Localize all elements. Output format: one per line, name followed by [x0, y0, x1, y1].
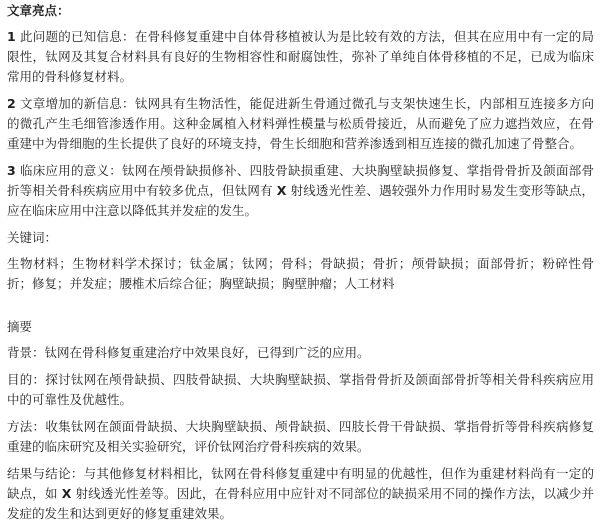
article-page: 文章亮点： 1 此问题的已知信息：在骨科修复重建中自体骨移植被认为是比较有效的方…: [0, 0, 600, 521]
results-text-after: 射线透光性差等。因此，在骨科应用中应针对不同部位的缺损采用不同的操作方法，以减少…: [7, 486, 594, 521]
highlights-title: 文章亮点：: [7, 1, 594, 21]
highlight-number: 3: [7, 163, 16, 178]
background-label: 背景：: [7, 345, 45, 360]
highlight-number: 1: [7, 29, 16, 44]
abstract-methods: 方法：收集钛网在颌面骨缺损、大块胸壁缺损、颅骨缺损、四肢长骨干骨缺损、掌指骨折等…: [7, 417, 594, 457]
highlight-text: 文章增加的新信息：钛网具有生物活性，能促进新生骨通过微孔与支架快速生长，内部相互…: [7, 96, 594, 151]
keywords-title: 关键词：: [7, 228, 594, 248]
highlight-item-1: 1 此问题的已知信息：在骨科修复重建中自体骨移植被认为是比较有效的方法，但其在应…: [7, 27, 594, 87]
highlight-item-3: 3 临床应用的意义：钛网在颅骨缺损修补、四肢骨缺损重建、大块胸壁缺损修复、掌指骨…: [7, 161, 594, 221]
highlight-number: 2: [7, 96, 16, 111]
highlight-item-2: 2 文章增加的新信息：钛网具有生物活性，能促进新生骨通过微孔与支架快速生长，内部…: [7, 94, 594, 154]
abstract-title: 摘要: [7, 317, 594, 337]
objective-label: 目的：: [7, 372, 45, 387]
background-text: 钛网在骨科修复重建治疗中效果良好，已得到广泛的应用。: [45, 345, 370, 360]
methods-text: 收集钛网在颌面骨缺损、大块胸壁缺损、颅骨缺损、四肢长骨干骨缺损、掌指骨折等骨科疾…: [7, 419, 594, 454]
methods-label: 方法：: [7, 419, 45, 434]
x-ray-letter: X: [62, 486, 72, 501]
objective-text: 探讨钛网在颅骨缺损、四肢骨缺损、大块胸壁缺损、掌指骨骨折及颌面部骨折等相关骨科疾…: [7, 372, 594, 407]
keywords-list: 生物材料；生物材料学术探讨；钛金属；钛网；骨科；骨缺损；骨折；颅骨缺损；面部骨折…: [7, 254, 594, 294]
abstract-objective: 目的：探讨钛网在颅骨缺损、四肢骨缺损、大块胸壁缺损、掌指骨骨折及颌面部骨折等相关…: [7, 370, 594, 410]
results-label: 结果与结论：: [7, 466, 84, 481]
abstract-results: 结果与结论：与其他修复材料相比，钛网在骨科修复重建中有明显的优越性，但作为重建材…: [7, 464, 594, 521]
highlight-text: 此问题的已知信息：在骨科修复重建中自体骨移植被认为是比较有效的方法，但其在应用中…: [7, 29, 594, 84]
x-ray-letter: X: [277, 183, 287, 198]
abstract-background: 背景：钛网在骨科修复重建治疗中效果良好，已得到广泛的应用。: [7, 343, 594, 363]
section-divider-space: [7, 301, 594, 317]
